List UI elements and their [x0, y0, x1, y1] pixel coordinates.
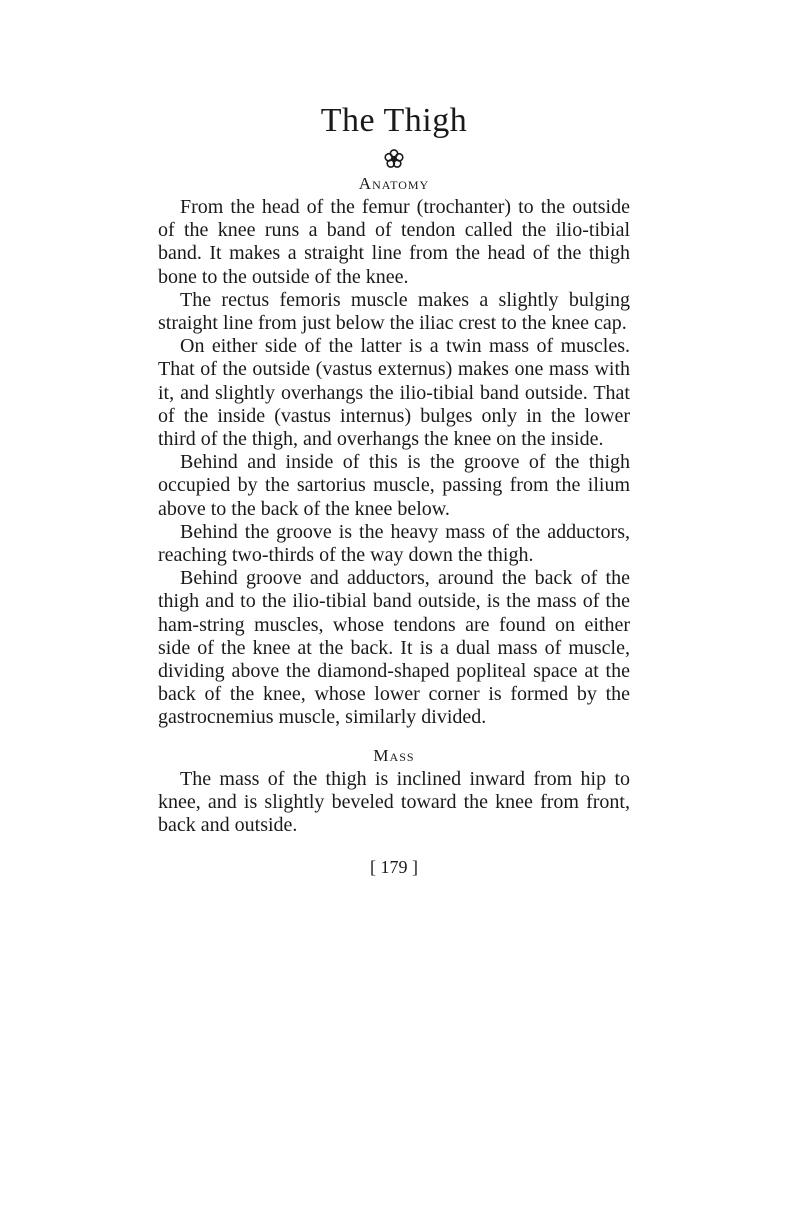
section-heading-mass: Mass: [158, 744, 630, 768]
section-heading-anatomy: Anatomy: [158, 172, 630, 196]
chapter-title: The Thigh: [158, 100, 630, 142]
paragraph: Behind the groove is the heavy mass of t…: [158, 521, 630, 567]
rosette-ornament-icon-svg: [383, 148, 405, 170]
paragraph: Behind groove and adductors, around the …: [158, 567, 630, 729]
paragraph: From the head of the femur (trochanter) …: [158, 196, 630, 289]
paragraph: Behind and inside of this is the groove …: [158, 451, 630, 521]
book-page: The Thigh Anatomy From the head of the f…: [158, 100, 630, 879]
page-number: [ 179 ]: [158, 855, 630, 879]
paragraph: The mass of the thigh is inclined inward…: [158, 768, 630, 838]
paragraph: The rectus femoris muscle makes a slight…: [158, 289, 630, 335]
paragraph: On either side of the latter is a twin m…: [158, 335, 630, 451]
rosette-ornament-icon: [158, 148, 630, 170]
